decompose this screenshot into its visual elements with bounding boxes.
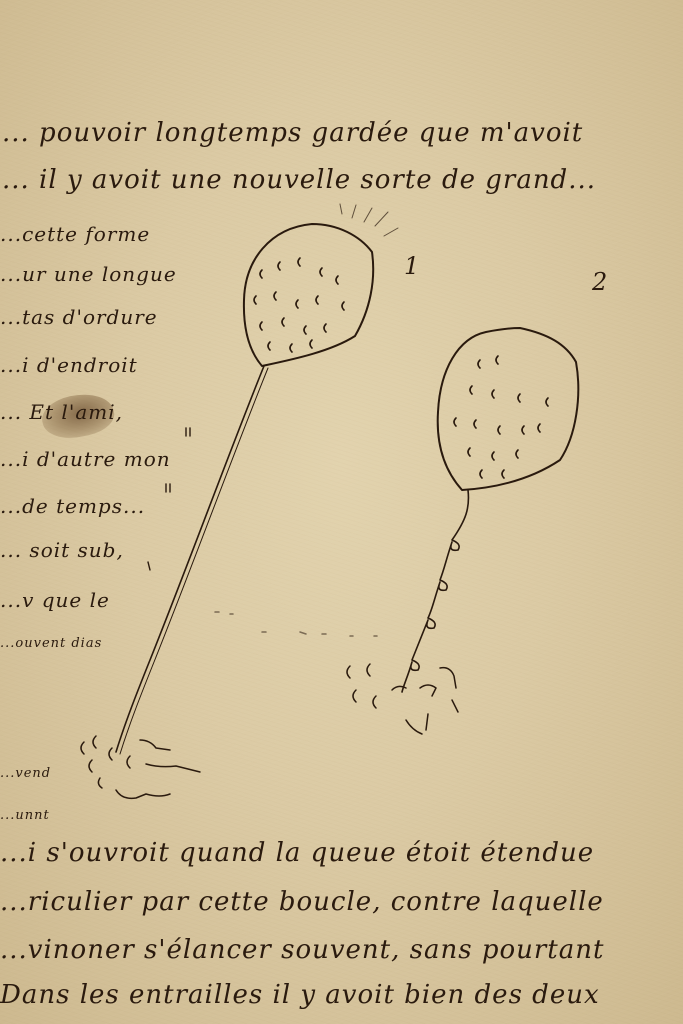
manuscript-page: ... pouvoir longtemps gardée que m'avoit… <box>0 0 683 1024</box>
figure-2-sketch <box>347 328 578 734</box>
botanical-sketches <box>0 0 683 1024</box>
figure-1-sketch <box>81 204 398 798</box>
